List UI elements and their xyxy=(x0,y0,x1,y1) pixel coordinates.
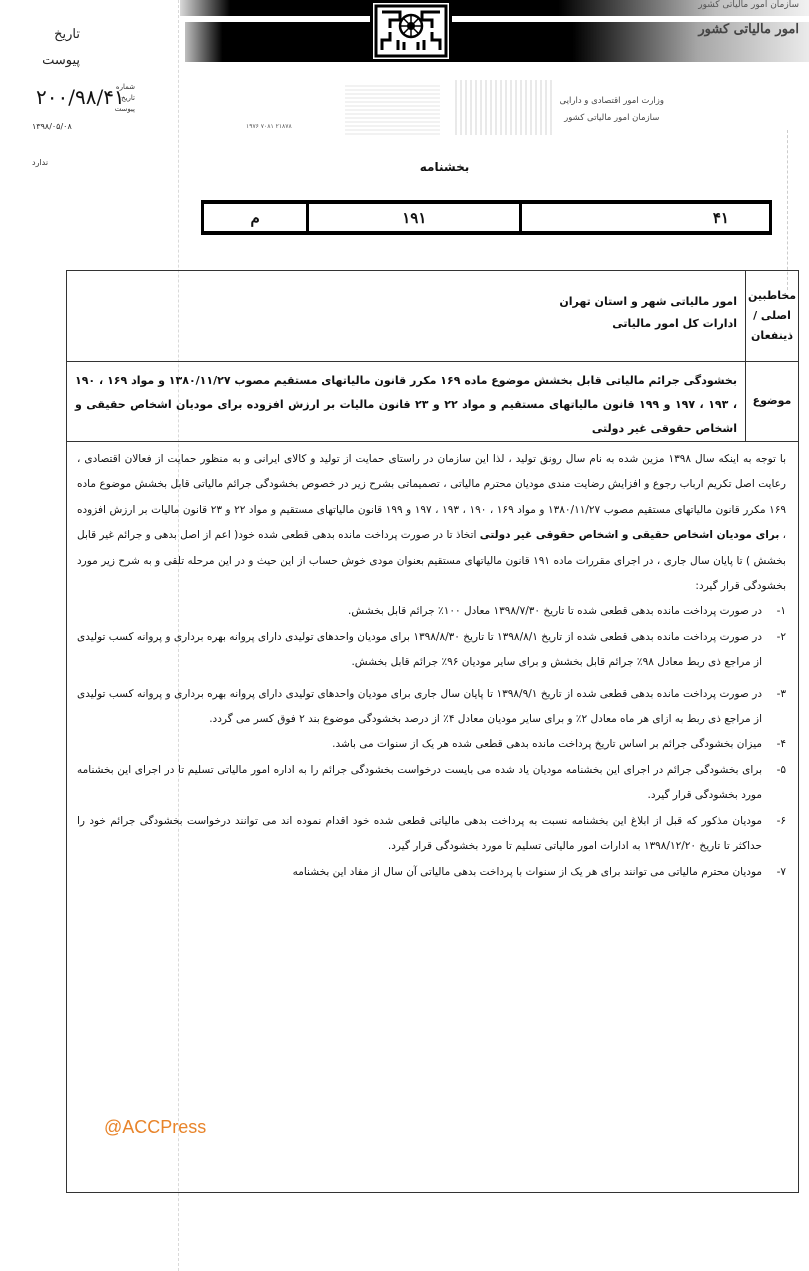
item-number: ۶- xyxy=(762,809,786,860)
watermark: @ACCPress xyxy=(104,1117,206,1138)
ministry-line-1: وزارت امور اقتصادی و دارایی xyxy=(560,93,664,110)
attach-small-label: پیوست xyxy=(115,104,135,115)
item-number: ۷- xyxy=(762,860,786,885)
body-intro: با توجه به اینکه سال ۱۳۹۸ مزین شده به نا… xyxy=(77,447,786,599)
addressees-row: مخاطبین اصلی / ذینفعان امور مالیاتی شهر … xyxy=(67,271,798,362)
barcode-graphic xyxy=(455,80,555,135)
number-box-cell-number: ۱۹۱ xyxy=(306,204,519,231)
logo-emblem-icon xyxy=(374,4,448,58)
subject-label: موضوع xyxy=(745,361,798,441)
date-heading: تاریخ xyxy=(30,22,80,48)
meta-small-labels: شماره تاریخ پیوست xyxy=(115,82,135,115)
ministry-text: وزارت امور اقتصادی و دارایی سازمان امور … xyxy=(560,93,664,127)
item-text: مودیان مذکور که قبل از ابلاغ این بخشنامه… xyxy=(77,809,762,860)
list-item: ۱-در صورت پرداخت مانده بدهی قطعی شده تا … xyxy=(77,599,786,624)
addressees-value: امور مالیاتی شهر و استان تهران ادارات کل… xyxy=(67,271,745,361)
item-number: ۲- xyxy=(762,625,786,676)
item-text: در صورت پرداخت مانده بدهی قطعی شده از تا… xyxy=(77,625,762,676)
list-item: ۵-برای بخشودگی جرائم در اجرای این بخشنام… xyxy=(77,758,786,809)
addressees-label: مخاطبین اصلی / ذینفعان xyxy=(745,271,798,361)
letter-number: ۲۰۰/۹۸/۴۱ xyxy=(36,85,125,109)
letter-date: ۱۳۹۸/۰۵/۰۸ xyxy=(32,122,72,131)
number-small-label: شماره xyxy=(115,82,135,93)
date-small-label: تاریخ xyxy=(115,93,135,104)
reference-code: ۱۹۷۶ ۷۰۸۱ ۲۱۸۷۸ xyxy=(246,123,292,130)
ministry-line-2: سازمان امور مالیاتی کشور xyxy=(560,110,664,127)
addressee-line: امور مالیاتی شهر و استان تهران xyxy=(75,291,737,313)
meta-labels: تاریخ پیوست xyxy=(30,22,80,74)
item-text: در صورت پرداخت مانده بدهی قطعی شده تا تا… xyxy=(77,599,762,624)
item-text: در صورت پرداخت مانده بدهی قطعی شده از تا… xyxy=(77,682,762,733)
page-title: بخشنامه xyxy=(0,160,809,174)
circular-number-box: م ۱۹۱ ۴۱ xyxy=(201,200,772,235)
org-name-top: سازمان امور مالیاتی کشور xyxy=(698,0,799,10)
item-number: ۱- xyxy=(762,599,786,624)
number-box-cell-code: ۴۱ xyxy=(519,204,769,231)
iran-tax-org-logo-icon xyxy=(370,0,452,62)
subject-value: بخشودگی جرائم مالیاتی قابل بخشش موضوع ما… xyxy=(67,361,745,441)
circular-body: با توجه به اینکه سال ۱۳۹۸ مزین شده به نا… xyxy=(67,443,798,1192)
intro-text: با توجه به اینکه سال ۱۳۹۸ مزین شده به نا… xyxy=(77,453,786,541)
list-item: ۶-مودیان مذکور که قبل از ابلاغ این بخشنا… xyxy=(77,809,786,860)
item-text: میزان بخشودگی جرائم بر اساس تاریخ پرداخت… xyxy=(77,732,762,757)
stamp-graphic xyxy=(345,85,440,135)
circular-table: مخاطبین اصلی / ذینفعان امور مالیاتی شهر … xyxy=(66,270,799,1193)
item-number: ۵- xyxy=(762,758,786,809)
subject-row: موضوع بخشودگی جرائم مالیاتی قابل بخشش مو… xyxy=(67,361,798,442)
number-box-cell-series: م xyxy=(204,204,306,231)
addressees-label-line: اصلی / xyxy=(748,306,796,326)
item-number: ۴- xyxy=(762,732,786,757)
addressee-line: ادارات کل امور مالیاتی xyxy=(75,313,737,335)
list-item: ۷-مودیان محترم مالیاتی می توانند برای هر… xyxy=(77,860,786,885)
item-text: برای بخشودگی جرائم در اجرای این بخشنامه … xyxy=(77,758,762,809)
org-name: امور مالیاتی کشور xyxy=(698,22,799,37)
attachment-heading: پیوست xyxy=(30,48,80,74)
intro-bold-text: برای مودیان اشخاص حقیقی و اشخاص حقوقی غی… xyxy=(480,529,780,541)
list-item: ۳-در صورت پرداخت مانده بدهی قطعی شده از … xyxy=(77,682,786,733)
addressees-label-line: ذینفعان xyxy=(748,326,796,346)
item-number: ۳- xyxy=(762,682,786,733)
list-item: ۴-میزان بخشودگی جرائم بر اساس تاریخ پردا… xyxy=(77,732,786,757)
addressees-label-line: مخاطبین xyxy=(748,286,796,306)
item-text: مودیان محترم مالیاتی می توانند برای هر ی… xyxy=(77,860,762,885)
list-item: ۲-در صورت پرداخت مانده بدهی قطعی شده از … xyxy=(77,625,786,676)
page-edge-line xyxy=(787,130,789,290)
